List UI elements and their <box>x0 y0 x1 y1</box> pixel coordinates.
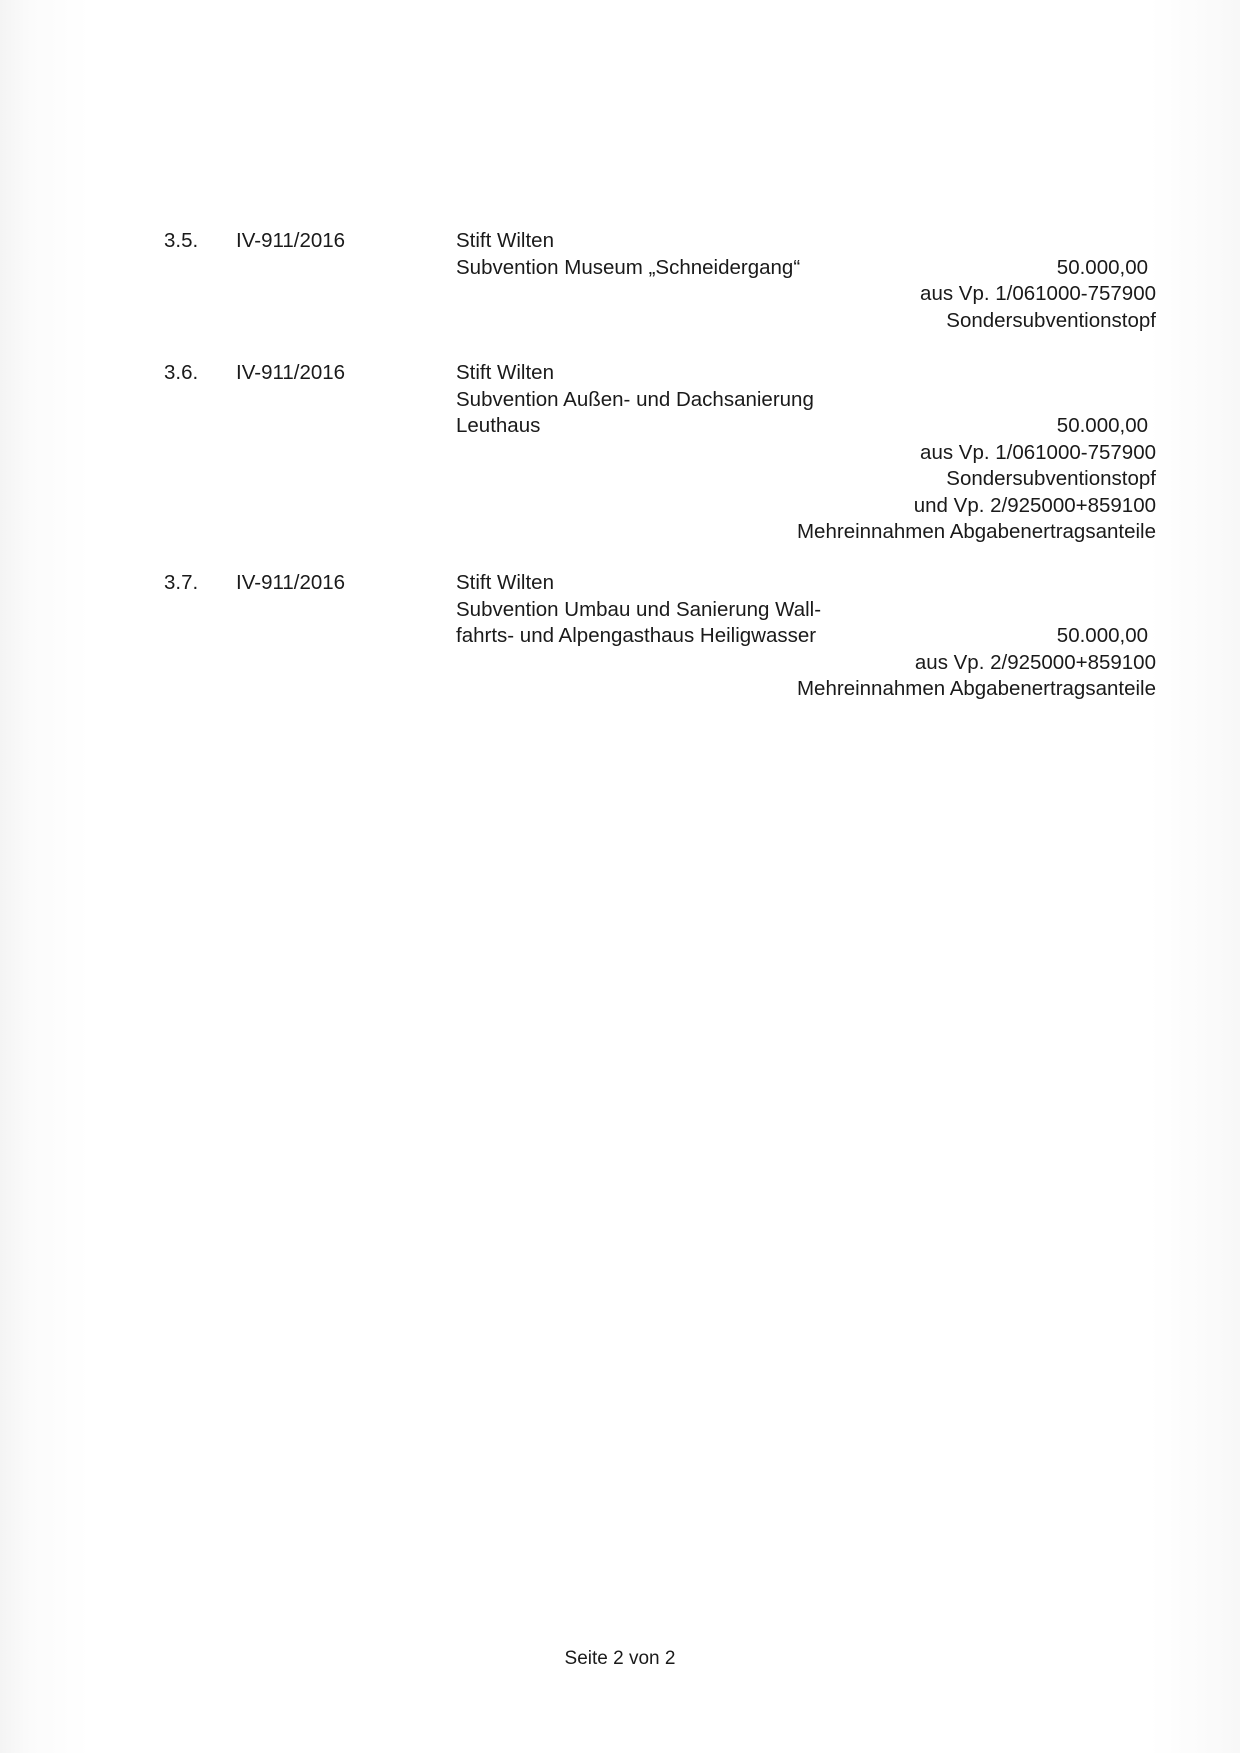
entry-funding-line: und Vp. 2/925000+859100 <box>456 493 1156 520</box>
entry-funding-line: aus Vp. 1/061000-757900 <box>456 281 1156 308</box>
entry-description: Subvention Museum „Schneidergang“ <box>456 255 800 282</box>
entry-funding-line: aus Vp. 2/925000+859100 <box>456 650 1156 677</box>
entry-number: 3.5. <box>164 228 198 255</box>
entry-funding-line: Sondersubventionstopf <box>456 308 1156 335</box>
entry-body: Stift Wilten Subvention Außen- und Dachs… <box>456 360 1156 546</box>
entry-reference: IV-911/2016 <box>236 360 345 387</box>
entry-number: 3.6. <box>164 360 198 387</box>
page-number-footer: Seite 2 von 2 <box>0 1648 1240 1670</box>
entry-amount: 50.000,00 <box>1057 413 1156 440</box>
entry-description: Leuthaus <box>456 413 540 440</box>
entry-amount: 50.000,00 <box>1057 623 1156 650</box>
entry-amount: 50.000,00 <box>1057 255 1156 282</box>
entry-description: fahrts- und Alpengasthaus Heiligwasser <box>456 623 816 650</box>
entry-description: Subvention Umbau und Sanierung Wall- <box>456 597 1156 624</box>
entry-funding-line: aus Vp. 1/061000-757900 <box>456 440 1156 467</box>
entry-body: Stift Wilten Subvention Umbau und Sanier… <box>456 570 1156 703</box>
entry-funding-line: Mehreinnahmen Abgabenertragsanteile <box>456 519 1156 546</box>
entry-recipient: Stift Wilten <box>456 228 1156 255</box>
entry-recipient: Stift Wilten <box>456 360 1156 387</box>
entry-funding-line: Sondersubventionstopf <box>456 466 1156 493</box>
entry-body: Stift Wilten Subvention Museum „Schneide… <box>456 228 1156 334</box>
entry-recipient: Stift Wilten <box>456 570 1156 597</box>
entry-number: 3.7. <box>164 570 198 597</box>
entry-description-amount-row: fahrts- und Alpengasthaus Heiligwasser 5… <box>456 623 1156 650</box>
entry-description-amount-row: Subvention Museum „Schneidergang“ 50.000… <box>456 255 1156 282</box>
entry-reference: IV-911/2016 <box>236 570 345 597</box>
entry-funding-line: Mehreinnahmen Abgabenertragsanteile <box>456 676 1156 703</box>
entry-description: Subvention Außen- und Dachsanierung <box>456 387 1156 414</box>
entry-description-amount-row: Leuthaus 50.000,00 <box>456 413 1156 440</box>
entry-reference: IV-911/2016 <box>236 228 345 255</box>
